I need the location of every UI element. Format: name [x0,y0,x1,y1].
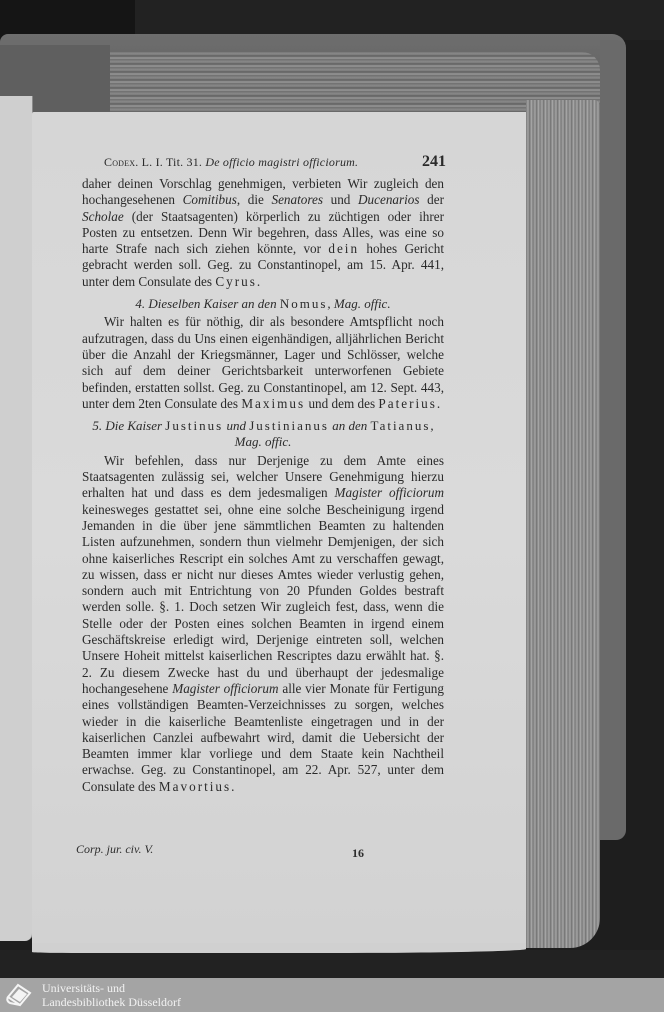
library-name: Universitäts- und Landesbibliothek Düsse… [42,981,181,1009]
spaced-name: Maximus [241,396,305,411]
previous-page-edge [0,96,33,941]
italic-term: Magister officiorum [172,681,278,696]
library-branding-bar: Universitäts- und Landesbibliothek Düsse… [0,978,664,1012]
library-name-line2: Landesbibliothek Düsseldorf [42,995,181,1009]
page-fore-edge [526,100,600,948]
text-run: , Mag. offic. [327,296,390,311]
spaced-name: Justinianus [249,418,329,433]
running-head: Codex. L. I. Tit. 31. De officio magistr… [104,153,446,171]
running-head-reference: L. I. Tit. 31. [142,155,203,169]
text-run: und [223,418,249,433]
text-run: . [231,779,234,794]
background-bottom [0,950,664,980]
spaced-name: Paterius [378,396,437,411]
page-number: 241 [422,153,446,171]
italic-term: Ducenarios [358,192,420,207]
page-body-text: daher deinen Vorschlag genehmigen, verbi… [82,176,444,795]
text-run: und [323,192,358,207]
italic-term: Magister officiorum [335,485,444,500]
library-name-line1: Universitäts- und [42,981,181,995]
text-run: alle vier Monate für Fertigung eines vol… [82,681,444,794]
paragraph: Wir befehlen, dass nur Derjenige zu dem … [82,453,444,795]
section-heading: 5. Die Kaiser Justinus und Justinianus a… [82,418,444,451]
spaced-name: dein [328,241,359,256]
sheet-number: 16 [352,846,364,861]
italic-term: Scholae [82,209,124,224]
running-head-latin-title: De officio magistri officiorum. [205,155,358,169]
text-run: 5. Die Kaiser [92,418,165,433]
text-run: und dem des [305,396,378,411]
book-cover-right [600,40,626,840]
spaced-name: Cyrus [215,274,257,289]
running-head-prefix: Codex. [104,155,138,169]
text-run: an den [329,418,371,433]
text-run: der [420,192,444,207]
paragraph: Wir halten es für nöthig, dir als besond… [82,314,444,412]
italic-term: Senatores [271,192,323,207]
text-run: . [437,396,440,411]
italic-term: Comitibus [183,192,237,207]
signature-mark: Corp. jur. civ. V. [76,842,153,857]
book-logo-icon [4,981,34,1009]
section-heading: 4. Dieselben Kaiser an den Nomus, Mag. o… [82,296,444,312]
spaced-name: Nomus [280,296,328,311]
text-run: 4. Dieselben Kaiser an den [135,296,279,311]
text-run: keinesweges gestattet sei, ohne eine sol… [82,502,444,696]
running-head-title: Codex. L. I. Tit. 31. De officio magistr… [104,155,358,170]
text-run: . [257,274,260,289]
spaced-name: Justinus [165,418,223,433]
spaced-name: Mavortius [159,779,231,794]
spaced-name: Tatianus [371,418,431,433]
text-run: , die [237,192,272,207]
paragraph: daher deinen Vorschlag genehmigen, verbi… [82,176,444,290]
